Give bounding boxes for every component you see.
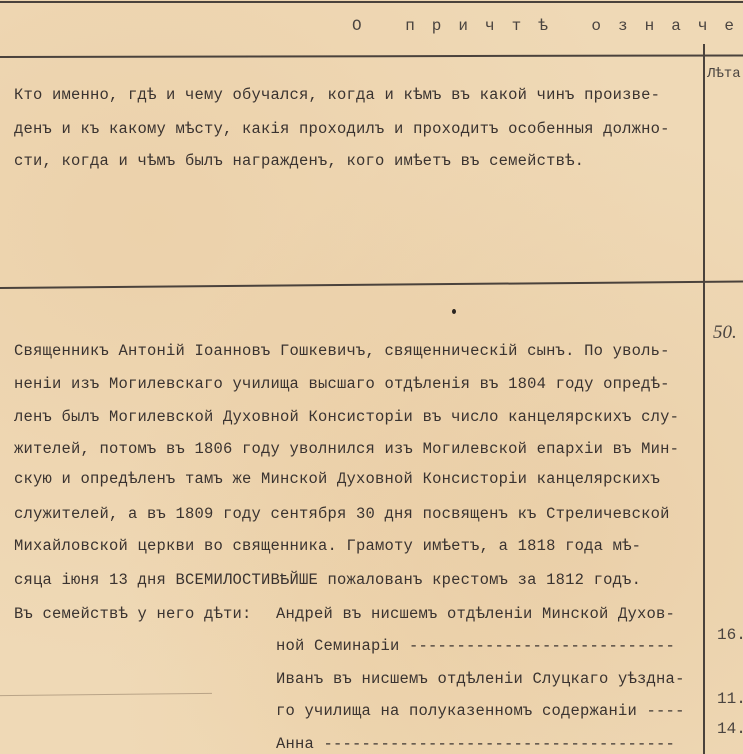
family-line: Анна -----------------------------------…	[276, 735, 675, 753]
top-rule	[0, 1, 743, 3]
ink-spot	[452, 309, 456, 314]
body-line: служителей, а въ 1809 году сентября 30 д…	[14, 505, 670, 523]
document-page: О причтѣ означе Лѣта Кто именно, гдѣ и ч…	[0, 0, 743, 754]
page-title: О причтѣ означе	[352, 17, 743, 35]
family-line: Андрей въ нисшемъ отдѣленіи Минской Духо…	[276, 605, 675, 623]
family-line: ной Семинаріи --------------------------…	[276, 637, 675, 655]
age-andrey: 16.	[717, 626, 743, 644]
body-line: Священникъ Антоній Іоанновъ Гошкевичъ, с…	[14, 342, 670, 360]
paper-fold	[0, 693, 212, 696]
section-rule	[0, 281, 743, 289]
family-intro: Въ семействѣ у него дѣти:	[14, 605, 252, 623]
question-line: денъ и къ какому мѣсту, какія проходилъ …	[14, 120, 670, 138]
body-line: скую и опредѣленъ тамъ же Минской Духовн…	[14, 470, 660, 488]
family-line: Иванъ въ нисшемъ отдѣленіи Слуцкаго уѣзд…	[276, 670, 685, 688]
family-line: го училища на полуказенномъ содержаніи -…	[276, 702, 685, 720]
age-ivan: 11.	[717, 690, 743, 708]
column-divider	[703, 44, 705, 754]
body-line: Михайловской церкви во священника. Грамо…	[14, 537, 641, 555]
age-priest: 50.	[713, 322, 737, 344]
column-header-years: Лѣта	[707, 66, 741, 82]
body-line: ленъ былъ Могилевской Духовной Консистор…	[14, 408, 679, 426]
body-line: неніи изъ Могилевскаго училища высшаго о…	[14, 375, 670, 393]
header-rule	[0, 54, 743, 58]
body-line: сяца іюня 13 дня ВСЕМИЛОСТИВѢЙШЕ пожалов…	[14, 571, 641, 589]
body-line: жителей, потомъ въ 1806 году уволнился и…	[14, 440, 679, 458]
question-line: сти, когда и чѣмъ былъ награжденъ, кого …	[14, 152, 584, 170]
question-line: Кто именно, гдѣ и чему обучался, когда и…	[14, 86, 660, 104]
age-anna: 14.	[717, 720, 743, 738]
